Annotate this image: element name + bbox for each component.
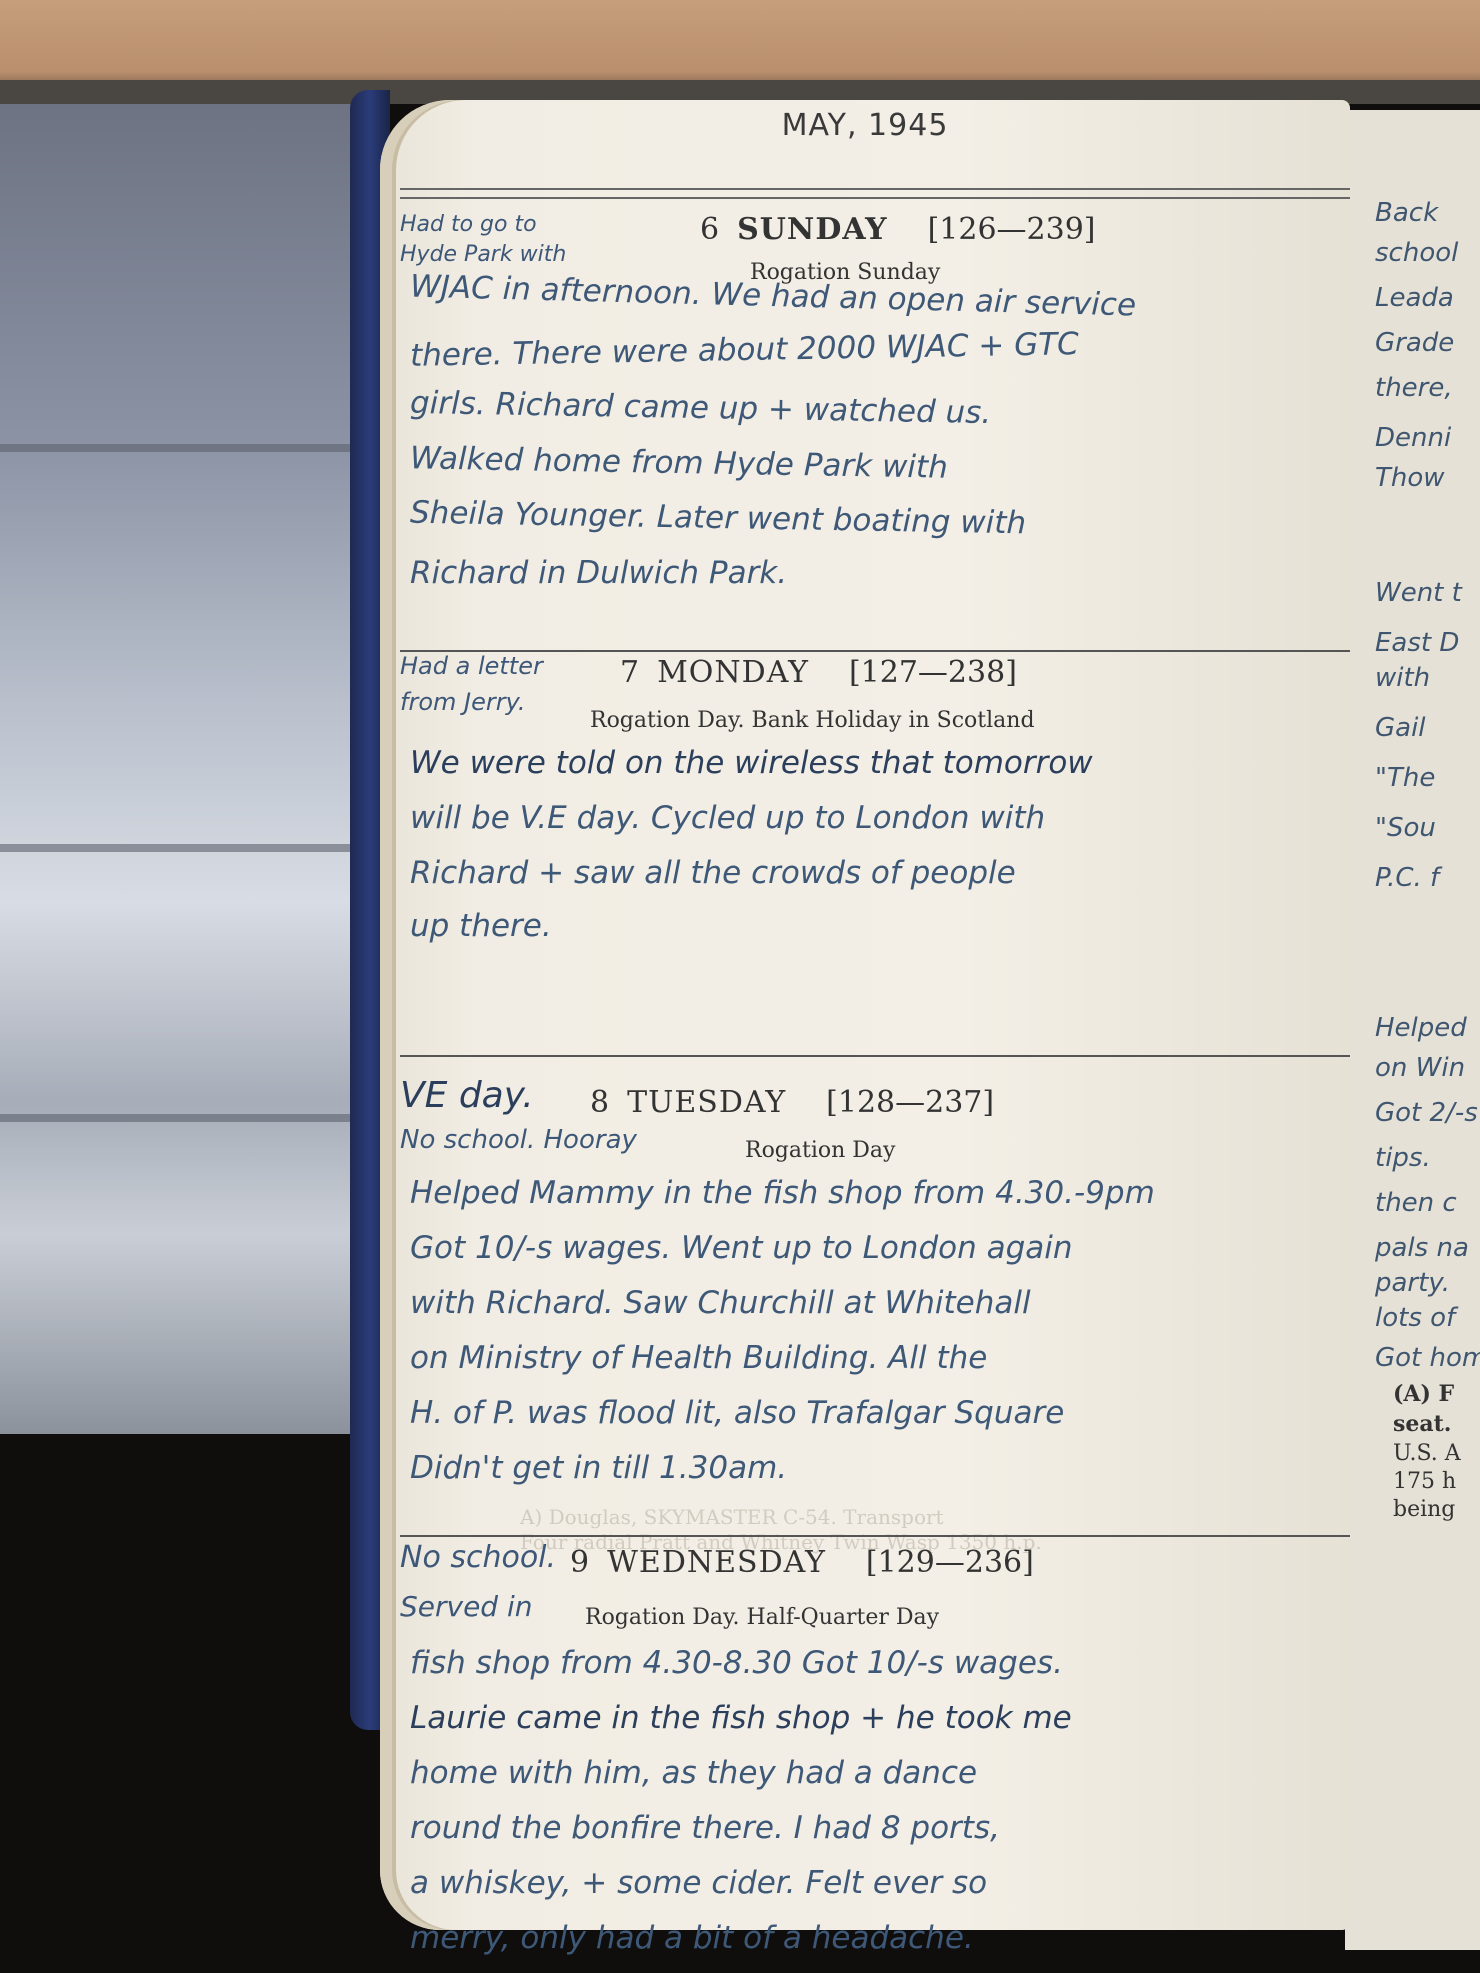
day-count: [129—236]: [866, 1545, 1034, 1580]
margin-note: Had to go to: [400, 212, 537, 237]
day-count: [128—237]: [826, 1085, 994, 1120]
facing-handwriting: Got hom: [1375, 1335, 1480, 1381]
entry-line: with Richard. Saw Churchill at Whitehall: [410, 1285, 1031, 1321]
entry-line: round the bonfire there. I had 8 ports,: [410, 1810, 1000, 1846]
facing-print: (A) F: [1393, 1380, 1454, 1408]
margin-note: Served in: [400, 1590, 533, 1623]
entry-line: Didn't get in till 1.30am.: [410, 1450, 787, 1486]
facing-handwriting: Thow: [1375, 455, 1445, 501]
entry-line: Laurie came in the fish shop + he took m…: [410, 1700, 1072, 1736]
page-title: MAY, 1945: [380, 108, 1350, 143]
facing-print: 175 h: [1393, 1468, 1456, 1496]
day-number: 6: [700, 212, 719, 247]
facing-handwriting: tips.: [1375, 1135, 1431, 1181]
entry-line: on Ministry of Health Building. All the: [410, 1340, 987, 1376]
wall-panel-line: [0, 844, 380, 852]
day-name: TUESDAY: [627, 1085, 786, 1120]
entry-line: Richard + saw all the crowds of people: [410, 855, 1016, 891]
entry-line: fish shop from 4.30-8.30 Got 10/-s wages…: [410, 1645, 1063, 1681]
entry-line: there. There were about 2000 WJAC + GTC: [410, 326, 1079, 374]
facing-print: U.S. A: [1393, 1440, 1461, 1468]
facing-handwriting: Got 2/-s: [1375, 1090, 1478, 1136]
header-rule: [400, 188, 1350, 199]
day-number: 8: [590, 1085, 609, 1120]
facing-handwriting: P.C. f: [1375, 855, 1439, 901]
facing-print: being: [1393, 1496, 1455, 1524]
wall-panel-line: [0, 444, 380, 452]
diary-page: MAY, 1945 6SUNDAY[126—239] Rogation Sund…: [380, 100, 1350, 1930]
facing-handwriting: Gail: [1375, 705, 1426, 751]
entry-line: girls. Richard came up + watched us.: [410, 385, 992, 431]
entry-line: We were told on the wireless that tomorr…: [410, 745, 1093, 781]
day-heading: 9WEDNESDAY[129—236]: [570, 1545, 1034, 1580]
show-through-text: A) Douglas, SKYMASTER C-54. Transport: [520, 1505, 944, 1529]
facing-print: seat.: [1393, 1410, 1451, 1438]
facing-handwriting: "The: [1375, 755, 1435, 801]
entry-line: up there.: [410, 908, 552, 944]
day-number: 9: [570, 1545, 589, 1580]
facing-page-fragment: Back school Leada Grade there, Denni Tho…: [1345, 110, 1480, 1950]
margin-note-ve-day: VE day.: [400, 1075, 534, 1116]
shelf-background: [0, 0, 1480, 90]
margin-note: No school.: [400, 1540, 556, 1575]
facing-handwriting: school: [1375, 230, 1458, 276]
day-heading: 6SUNDAY[126—239]: [700, 212, 1096, 247]
day-name: SUNDAY: [737, 212, 887, 247]
facing-handwriting: "Sou: [1375, 805, 1436, 851]
facing-handwriting: Went t: [1375, 570, 1462, 616]
day-subtitle: Rogation Day. Bank Holiday in Scotland: [590, 708, 1035, 733]
facing-handwriting: Grade: [1375, 320, 1454, 366]
entry-line: will be V.E day. Cycled up to London wit…: [410, 800, 1045, 836]
day-count: [126—239]: [928, 212, 1096, 247]
entry-line: home with him, as they had a dance: [410, 1755, 977, 1791]
margin-note: Had a letter: [400, 652, 543, 680]
margin-note: Hyde Park with: [400, 242, 566, 267]
day-subtitle: Rogation Day: [745, 1138, 895, 1163]
margin-note: No school. Hooray: [400, 1125, 637, 1155]
facing-handwriting: there,: [1375, 365, 1453, 411]
entry-line: merry, only had a bit of a headache.: [410, 1920, 974, 1956]
day-number: 7: [620, 655, 639, 690]
day-name: MONDAY: [657, 655, 809, 690]
facing-handwriting: with: [1375, 655, 1430, 701]
facing-handwriting: on Win: [1375, 1045, 1465, 1091]
facing-handwriting: then c: [1375, 1180, 1457, 1226]
entry-line: Walked home from Hyde Park with: [410, 440, 948, 485]
entry-line: Sheila Younger. Later went boating with: [410, 495, 1027, 542]
day-heading: 8TUESDAY[128—237]: [590, 1085, 994, 1120]
entry-line: H. of P. was flood lit, also Trafalgar S…: [410, 1395, 1064, 1431]
entry-line: a whiskey, + some cider. Felt ever so: [410, 1865, 987, 1901]
day-divider: [400, 1535, 1350, 1537]
day-divider: [400, 1055, 1350, 1057]
margin-note: from Jerry.: [400, 688, 526, 716]
day-subtitle: Rogation Day. Half-Quarter Day: [585, 1605, 939, 1630]
entry-line: Got 10/-s wages. Went up to London again: [410, 1230, 1073, 1266]
entry-line: Helped Mammy in the fish shop from 4.30.…: [410, 1175, 1155, 1211]
facing-handwriting: Leada: [1375, 275, 1454, 321]
wall-background: [0, 104, 380, 1434]
day-name: WEDNESDAY: [607, 1545, 826, 1580]
day-heading: 7MONDAY[127—238]: [620, 655, 1017, 690]
entry-line: Richard in Dulwich Park.: [410, 555, 787, 591]
wall-panel-line: [0, 1114, 380, 1122]
day-count: [127—238]: [849, 655, 1017, 690]
